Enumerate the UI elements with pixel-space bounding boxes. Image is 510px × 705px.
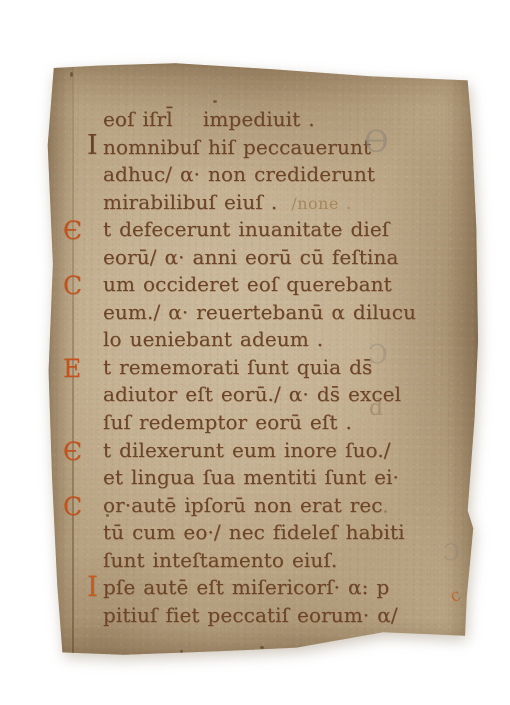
initial-letter: Є [63, 439, 82, 464]
line-text: adhuc/ α· non crediderunt [103, 162, 375, 186]
manuscript-line: pitiuſ fiet peccatiſ eorum· α/ [63, 602, 453, 630]
manuscript-line: Cor·autē ipſorū non erat rec [63, 492, 453, 520]
ink-speck [260, 646, 264, 649]
ink-speck [213, 100, 217, 103]
marginal-gloss: /none . [291, 194, 351, 213]
manuscript-line: eorū/ α· anni eorū cū feſtina [63, 244, 453, 272]
initial-letter: Є [63, 218, 82, 243]
manuscript-line: eoſ iſrl̄ impediuit . [63, 106, 453, 134]
top-edge-stain [46, 62, 478, 110]
manuscript-line: ſunt inteſtamento eiuſ. [63, 547, 453, 575]
line-text: eum./ α· reuertebanū α dilucu [103, 300, 416, 324]
manuscript-photo: eoſ iſrl̄ impediuit .Inomnibuſ hiſ pecca… [0, 0, 510, 705]
line-text: eoſ iſrl̄ impediuit . [103, 107, 315, 131]
line-text: pſe autē eſt miſericorſ· α: p [103, 575, 389, 599]
manuscript-line: eum./ α· reuertebanū α dilucu [63, 299, 453, 327]
manuscript-line: adiutor eſt eorū./ α· ds̄ excel [63, 381, 453, 409]
line-text: pitiuſ fiet peccatiſ eorum· α/ [103, 603, 398, 627]
line-text: adiutor eſt eorū./ α· ds̄ excel [103, 382, 401, 406]
showthrough-letter-d-icon: d [369, 398, 383, 420]
line-text: mirabilibuſ eiuſ . [103, 190, 277, 214]
line-text: tū cum eo·/ nec fideleſ habiti [103, 520, 405, 544]
line-text: ſuſ redemptor eorū eſt . [103, 410, 352, 434]
manuscript-line: et lingua ſua mentiti ſunt ei· [63, 464, 453, 492]
line-text: um occideret eoſ querebant [103, 272, 392, 296]
line-text: ſunt inteſtamento eiuſ. [103, 548, 337, 572]
line-text: lo ueniebant adeum . [103, 327, 323, 351]
line-text: et lingua ſua mentiti ſunt ei· [103, 465, 399, 489]
parchment-leaf: eoſ iſrl̄ impediuit .Inomnibuſ hiſ pecca… [46, 62, 478, 656]
line-text: or·autē ipſorū non erat rec [103, 493, 383, 517]
text-block: eoſ iſrl̄ impediuit .Inomnibuſ hiſ pecca… [63, 106, 453, 629]
manuscript-line: adhuc/ α· non crediderunt [63, 161, 453, 189]
leaf-shadow-wrap: eoſ iſrl̄ impediuit .Inomnibuſ hiſ pecca… [0, 0, 510, 705]
line-text: eorū/ α· anni eorū cū feſtina [103, 245, 398, 269]
showthrough-arc-icon: Ɔ [368, 342, 388, 368]
manuscript-line: lo ueniebant adeum . [63, 326, 453, 354]
initial-letter: I [87, 573, 98, 601]
manuscript-line: Et rememorati ſunt quia ds̄ [63, 354, 453, 382]
initial-letter: I [87, 132, 98, 159]
initial-letter: C [63, 494, 82, 519]
line-text: t rememorati ſunt quia ds̄ [103, 355, 372, 379]
manuscript-line: Єt dilexerunt eum inore ſuo./ [63, 437, 453, 465]
initial-letter: E [63, 356, 81, 381]
showthrough-arc-lower-icon: Ɔ [443, 543, 460, 565]
ink-speck [180, 650, 183, 653]
line-text: t dilexerunt eum inore ſuo./ [103, 438, 391, 462]
manuscript-line: mirabilibuſ eiuſ ./none . [63, 189, 453, 217]
manuscript-line: Cum occideret eoſ querebant [63, 271, 453, 299]
manuscript-line: Ipſe autē eſt miſericorſ· α: p [63, 574, 453, 602]
line-text: t defecerunt inuanitate dieſ [103, 217, 389, 241]
manuscript-line: Єt defecerunt inuanitate dieſ [63, 216, 453, 244]
initial-letter: C [63, 273, 82, 298]
showthrough-letter-icon: Ɵ [364, 128, 389, 158]
manuscript-line: ſuſ redemptor eorū eſt . [63, 409, 453, 437]
line-text: nomnibuſ hiſ peccauerunt [103, 135, 371, 159]
ink-speck [70, 72, 73, 77]
manuscript-line: Inomnibuſ hiſ peccauerunt [63, 134, 453, 162]
manuscript-line: tū cum eo·/ nec fideleſ habiti [63, 519, 453, 547]
